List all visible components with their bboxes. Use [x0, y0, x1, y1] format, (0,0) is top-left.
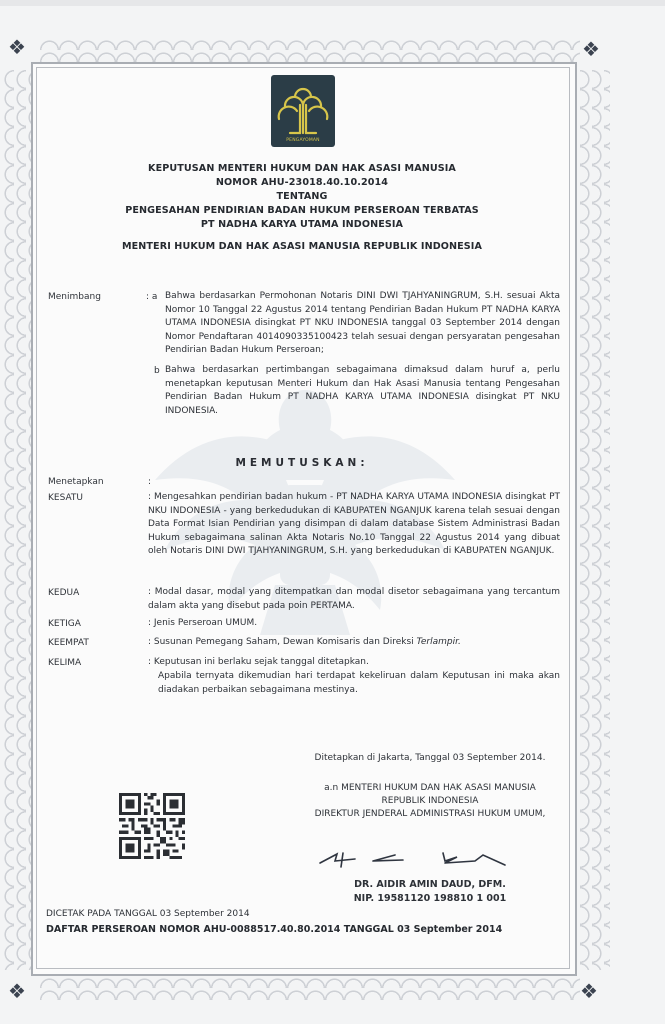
menetapkan-colon: : — [148, 477, 151, 487]
memutuskan-heading: MEMUTUSKAN: — [36, 457, 568, 469]
scale-border-right — [580, 70, 610, 970]
decision-text-kelima: : Keputusan ini berlaku sejak tanggal di… — [148, 656, 560, 670]
menimbang-item-a: Bahwa berdasarkan Permohonan Notaris DIN… — [165, 290, 560, 358]
scan-edge — [0, 0, 665, 6]
corner-ornament-icon: ❖ — [6, 980, 28, 1002]
place-and-date: Ditetapkan di Jakarta, Tanggal 03 Septem… — [280, 752, 580, 765]
corner-ornament-icon: ❖ — [6, 36, 28, 58]
decision-label-ketiga: KETIGA — [48, 619, 81, 629]
on-behalf-line-1: a.n MENTERI HUKUM DAN HAK ASASI MANUSIA — [280, 782, 580, 795]
decision-text-kelima-note: Apabila ternyata dikemudian hari terdapa… — [158, 670, 560, 697]
scale-border-left — [2, 70, 32, 970]
ministry-line: MENTERI HUKUM DAN HAK ASASI MANUSIA REPU… — [36, 241, 568, 252]
decision-text-keempat-italic: Terlampir. — [417, 637, 461, 647]
signatory-name: DR. AIDIR AMIN DAUD, DFM. — [300, 878, 560, 891]
corner-ornament-icon: ❖ — [580, 38, 602, 60]
decision-label-kesatu: KESATU — [48, 493, 83, 503]
menimbang-item-b: Bahwa berdasarkan pertimbangan sebagaima… — [165, 364, 560, 418]
signatory-nip: NIP. 19581120 198810 1 001 — [300, 892, 560, 905]
scale-border-bottom — [40, 976, 580, 1000]
menimbang-marker-b: b — [154, 366, 160, 376]
decree-subject: PENGESAHAN PENDIRIAN BADAN HUKUM PERSERO… — [36, 205, 568, 216]
on-behalf-line-2: REPUBLIK INDONESIA — [280, 795, 580, 808]
decision-label-kedua: KEDUA — [48, 588, 79, 598]
pengayoman-emblem: PENGAYOMAN — [271, 75, 335, 147]
decision-text-kesatu: : Mengesahkan pendirian badan hukum - PT… — [148, 491, 560, 559]
decision-label-kelima: KELIMA — [48, 658, 81, 668]
menimbang-marker-a: : a — [146, 292, 157, 302]
corner-ornament-icon: ❖ — [578, 980, 600, 1002]
pengayoman-tree-icon — [271, 75, 335, 147]
qr-code-icon — [119, 793, 185, 859]
menetapkan-label: Menetapkan — [48, 477, 104, 487]
printed-date: DICETAK PADA TANGGAL 03 September 2014 — [46, 909, 250, 919]
decision-text-kedua: : Modal dasar, modal yang ditempatkan da… — [148, 586, 560, 613]
scale-border-top — [40, 38, 580, 62]
company-name: PT NADHA KARYA UTAMA INDONESIA — [36, 219, 568, 230]
company-registry-number: DAFTAR PERSEROAN NOMOR AHU-0088517.40.80… — [46, 924, 502, 935]
decision-text-ketiga: : Jenis Perseroan UMUM. — [148, 617, 560, 631]
decree-number: NOMOR AHU-23018.40.10.2014 — [36, 177, 568, 188]
handwritten-signature-icon — [315, 845, 515, 871]
signatory-title: DIREKTUR JENDERAL ADMINISTRASI HUKUM UMU… — [280, 808, 580, 821]
decision-text-keempat: : Susunan Pemegang Saham, Dewan Komisari… — [148, 636, 560, 650]
decision-text-keempat-main: : Susunan Pemegang Saham, Dewan Komisari… — [148, 637, 417, 647]
decision-label-keempat: KEEMPAT — [48, 638, 89, 648]
decree-tentang: TENTANG — [36, 191, 568, 202]
emblem-caption: PENGAYOMAN — [271, 138, 335, 143]
menimbang-label: Menimbang — [48, 292, 101, 302]
decree-title: KEPUTUSAN MENTERI HUKUM DAN HAK ASASI MA… — [36, 163, 568, 174]
